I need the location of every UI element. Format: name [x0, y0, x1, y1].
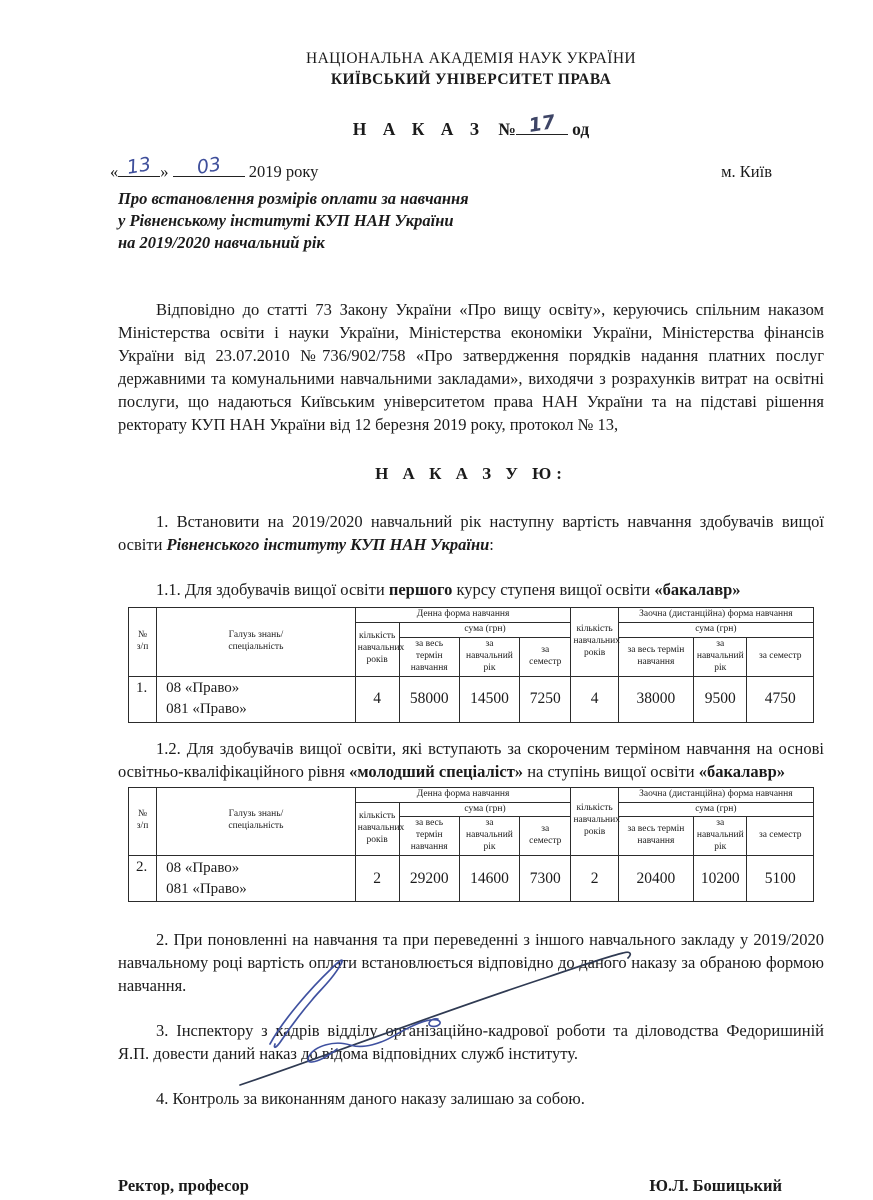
cell-years-fulltime: 4 [355, 676, 399, 722]
order-number-sign: № [498, 119, 516, 139]
col-header-parttime: Заочна (дистанційна) форма навчання [618, 787, 813, 802]
col-header-semester-parttime: за семестр [747, 637, 814, 676]
cell-row-num: 2. [129, 856, 157, 902]
point-1-2-junior-specialist: «молодший спеціаліст» [349, 762, 523, 781]
cell-years-parttime: 2 [571, 856, 618, 902]
month-handwritten: 03 [195, 153, 222, 179]
point-1-1-bachelor: «бакалавр» [654, 580, 740, 599]
day-handwritten: 13 [126, 153, 153, 179]
quote-open: « [110, 162, 118, 181]
order-label: Н А К А З [353, 119, 485, 139]
col-header-semester-fulltime: за семестр [520, 817, 571, 856]
cell-year-parttime: 10200 [694, 856, 747, 902]
cell-years-fulltime: 2 [355, 856, 399, 902]
col-header-num: № з/п [129, 787, 157, 856]
city-label: м. Київ [721, 162, 824, 182]
specialty-line-2: 081 «Право» [166, 699, 353, 720]
cell-row-num: 1. [129, 676, 157, 722]
point-1-1-text: 1.1. Для здобувачів вищої освіти [156, 580, 389, 599]
col-header-sum-parttime: сума (грн) [618, 802, 813, 817]
specialty-line-1: 08 «Право» [166, 858, 353, 879]
col-header-term-fulltime: за весь термін навчання [399, 817, 459, 856]
point-1-1-text2: курсу ступеня вищої освіти [452, 580, 654, 599]
specialty-line-1: 08 «Право» [166, 678, 353, 699]
point-1-1: 1.1. Для здобувачів вищої освіти першого… [118, 578, 824, 601]
resolve-heading: Н А К А З У Ю: [118, 464, 824, 484]
year-text: 2019 року [249, 162, 319, 181]
point-1: 1. Встановити на 2019/2020 навчальний рі… [118, 510, 824, 556]
document-content: НАЦІОНАЛЬНА АКАДЕМІЯ НАУК УКРАЇНИ КИЇВСЬ… [118, 0, 824, 1196]
date-row: «13» 03 2019 року м. Київ [118, 162, 824, 182]
col-header-years-fulltime: кількість навчальних років [355, 623, 399, 677]
cell-years-parttime: 4 [571, 676, 618, 722]
point-1-colon: : [489, 535, 494, 554]
col-header-years-parttime: кількість навчальних років [571, 787, 618, 856]
col-header-years-fulltime: кількість навчальних років [355, 802, 399, 856]
point-1-institute: Рівненського інституту КУП НАН України [167, 535, 490, 554]
subject-line-1: Про встановлення розмірів оплати за навч… [118, 188, 824, 210]
quote-close: » [160, 162, 168, 181]
cell-semester-fulltime: 7300 [520, 856, 571, 902]
date-field: «13» 03 2019 року [110, 162, 318, 182]
col-header-year-fulltime: за навчальний рік [459, 817, 519, 856]
order-number-handwritten: 17 [527, 111, 557, 137]
cell-term-parttime: 38000 [618, 676, 693, 722]
col-header-term-parttime: за весь термін навчання [618, 817, 693, 856]
table-row: 1. 08 «Право»081 «Право» 4 58000 14500 7… [129, 676, 814, 722]
point-1-2-bachelor: «бакалавр» [699, 762, 785, 781]
table-row: 2. 08 «Право»081 «Право» 2 29200 14600 7… [129, 856, 814, 902]
signatory-role: Ректор, професор [118, 1176, 249, 1196]
specialty-line-2: 081 «Право» [166, 879, 353, 900]
subject-block: Про встановлення розмірів оплати за навч… [118, 188, 824, 254]
col-header-term-fulltime: за весь термін навчання [399, 637, 459, 676]
cell-semester-parttime: 5100 [747, 856, 814, 902]
point-1-2: 1.2. Для здобувачів вищої освіти, які вс… [118, 737, 824, 783]
cell-semester-fulltime: 7250 [520, 676, 571, 722]
point-2: 2. При поновленні на навчання та при пер… [118, 928, 824, 997]
point-1-1-first-course: першого [389, 580, 453, 599]
cell-specialty: 08 «Право»081 «Право» [157, 856, 356, 902]
col-header-year-fulltime: за навчальний рік [459, 637, 519, 676]
col-header-semester-parttime: за семестр [747, 817, 814, 856]
col-header-term-parttime: за весь термін навчання [618, 637, 693, 676]
month-underline: 03 [173, 162, 245, 177]
col-header-sum-fulltime: сума (грн) [399, 623, 571, 638]
cell-term-fulltime: 58000 [399, 676, 459, 722]
tuition-table-bachelor: № з/п Галузь знань/ спеціальність Денна … [128, 607, 814, 723]
col-header-sum-fulltime: сума (грн) [399, 802, 571, 817]
organization-name: НАЦІОНАЛЬНА АКАДЕМІЯ НАУК УКРАЇНИ [118, 0, 824, 68]
order-number-underline: 17 [516, 120, 568, 135]
cell-specialty: 08 «Право»081 «Право» [157, 676, 356, 722]
cell-year-fulltime: 14500 [459, 676, 519, 722]
col-header-year-parttime: за навчальний рік [694, 817, 747, 856]
cell-term-parttime: 20400 [618, 856, 693, 902]
cell-semester-parttime: 4750 [747, 676, 814, 722]
point-1-2-text2: на ступінь вищої освіти [523, 762, 699, 781]
cell-year-parttime: 9500 [694, 676, 747, 722]
col-header-num: № з/п [129, 608, 157, 677]
col-header-specialty: Галузь знань/ спеціальність [157, 608, 356, 677]
point-4: 4. Контроль за виконанням даного наказу … [118, 1087, 824, 1110]
signature-row: Ректор, професор Ю.Л. Бошицький [118, 1176, 824, 1196]
order-title-line: Н А К А З №17 од [118, 119, 824, 140]
document-page: НАЦІОНАЛЬНА АКАДЕМІЯ НАУК УКРАЇНИ КИЇВСЬ… [0, 0, 873, 1200]
col-header-fulltime: Денна форма навчання [355, 608, 571, 623]
col-header-year-parttime: за навчальний рік [694, 637, 747, 676]
cell-term-fulltime: 29200 [399, 856, 459, 902]
day-underline: 13 [118, 162, 160, 177]
col-header-parttime: Заочна (дистанційна) форма навчання [618, 608, 813, 623]
col-header-sum-parttime: сума (грн) [618, 623, 813, 638]
col-header-semester-fulltime: за семестр [520, 637, 571, 676]
tuition-table-shortened: № з/п Галузь знань/ спеціальність Денна … [128, 787, 814, 903]
subject-line-3: на 2019/2020 навчальний рік [118, 232, 824, 254]
cell-year-fulltime: 14600 [459, 856, 519, 902]
col-header-years-parttime: кількість навчальних років [571, 608, 618, 677]
point-3: 3. Інспектору з кадрів відділу організац… [118, 1019, 824, 1065]
university-name: КИЇВСЬКИЙ УНІВЕРСИТЕТ ПРАВА [118, 71, 824, 89]
order-suffix: од [572, 119, 589, 139]
signatory-name: Ю.Л. Бошицький [649, 1176, 824, 1196]
subject-line-2: у Рівненському інституті КУП НАН України [118, 210, 824, 232]
preamble-paragraph: Відповідно до статті 73 Закону України «… [118, 298, 824, 436]
col-header-specialty: Галузь знань/ спеціальність [157, 787, 356, 856]
col-header-fulltime: Денна форма навчання [355, 787, 571, 802]
